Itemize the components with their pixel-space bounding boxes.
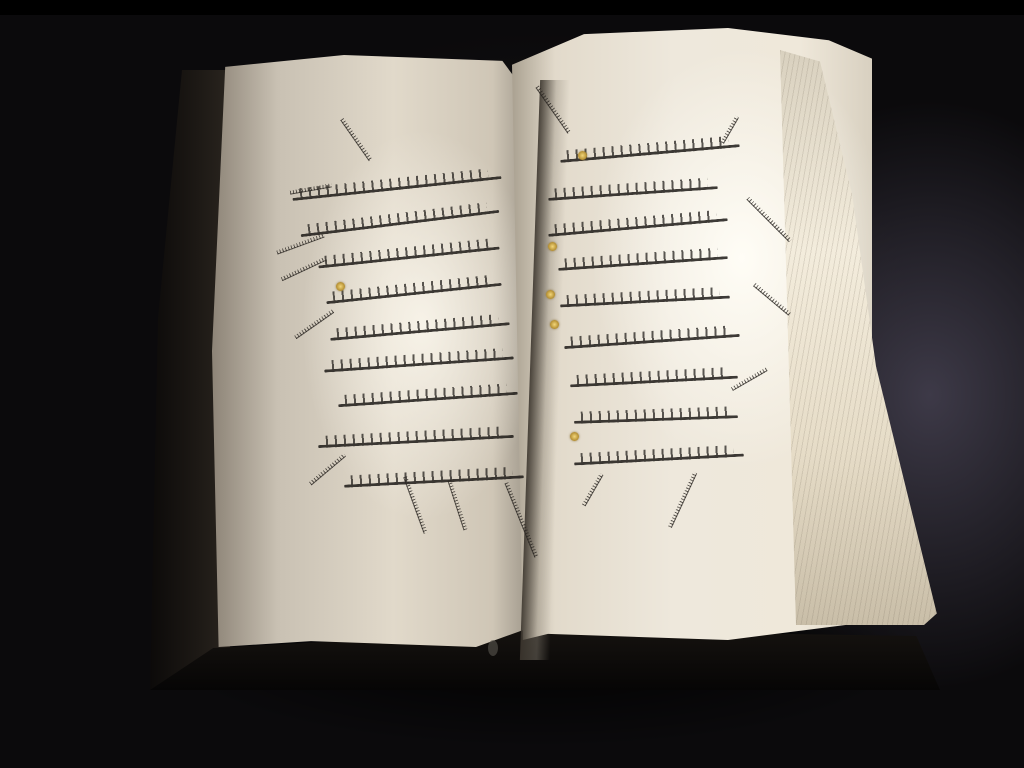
gold-verse-marker-icon: [548, 242, 557, 251]
gold-verse-marker-icon: [546, 290, 555, 299]
gold-verse-marker-icon: [550, 320, 559, 329]
page-marker: [488, 640, 498, 656]
gold-verse-marker-icon: [578, 151, 587, 160]
gold-verse-marker-icon: [570, 432, 579, 441]
letterbox-bar: [0, 0, 1024, 15]
gold-verse-marker-icon: [336, 282, 345, 291]
